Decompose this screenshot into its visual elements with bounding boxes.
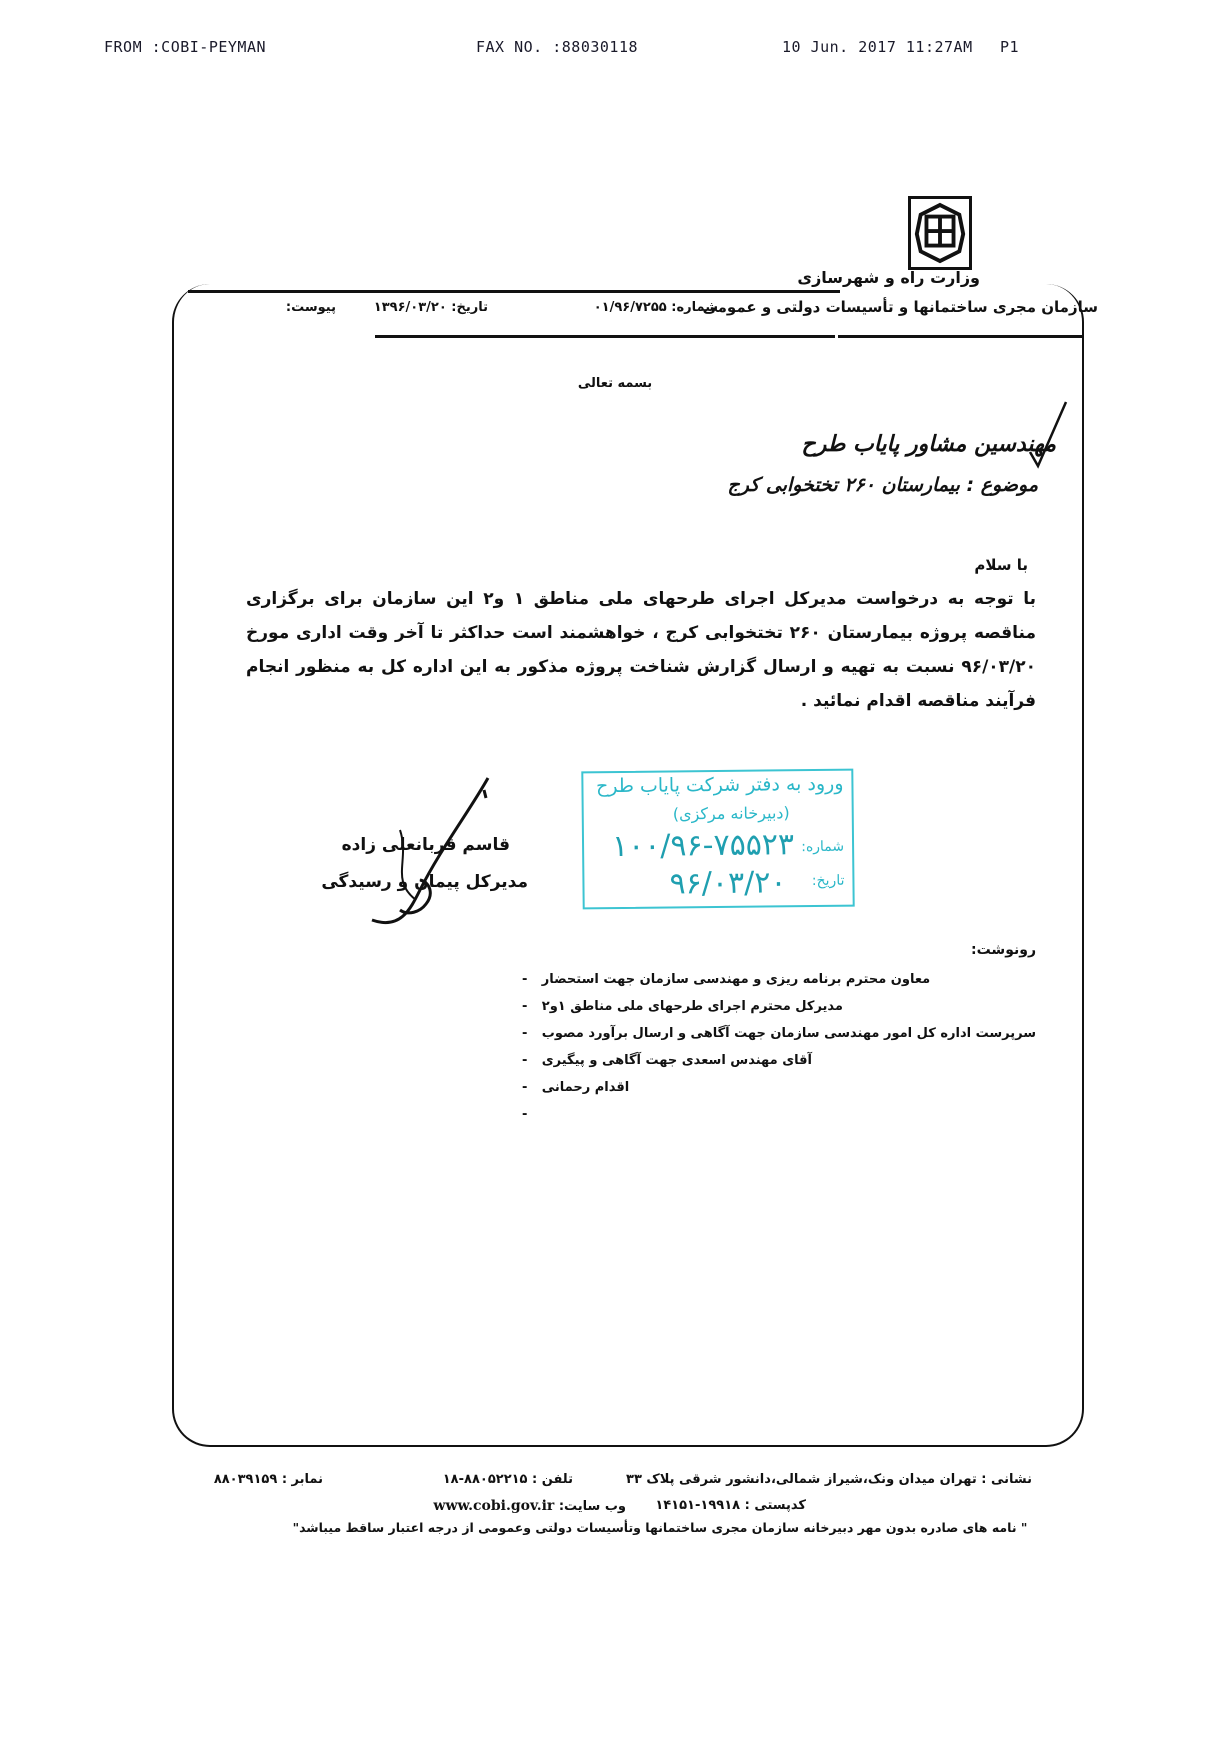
footer-website: وب سایت: www.cobi.gov.ir (433, 1498, 626, 1514)
attachment-label: پیوست: (286, 300, 336, 315)
bismillah: بسمه تعالی (560, 376, 670, 391)
subject: موضوع : بیمارستان ۲۶۰ تختخوابی کرج (727, 474, 1038, 496)
cc-item: -سرپرست اداره کل امور مهندسی سازمان جهت … (508, 1020, 1036, 1047)
footer-phone: تلفن : ۸۸۰۵۲۲۱۵-۱۸ (443, 1472, 573, 1487)
cc-item: -آقای مهندس اسعدی جهت آگاهی و پیگیری (508, 1047, 1036, 1074)
letter-number: شماره: ۰۱/۹۶/۷۲۵۵ (594, 300, 718, 315)
letter-date: تاریخ: ۱۳۹۶/۰۳/۲۰ (374, 300, 488, 315)
cc-item: - (508, 1101, 1036, 1128)
registry-stamp: ورود به دفتر شرکت پایاب طرح (دبیرخانه مر… (581, 769, 854, 910)
cc-item: -مدیرکل محترم اجرای طرحهای ملی مناطق ۱و۲ (508, 993, 1036, 1020)
fax-page: P1 (1000, 38, 1019, 56)
number-value: ۰۱/۹۶/۷۲۵۵ (594, 300, 667, 315)
addressee: مهندسین مشاور پایاب طرح (802, 432, 1056, 457)
footer-address: نشانی : تهران میدان ونک،شیراز شمالی،دانش… (626, 1472, 1032, 1487)
fax-number: FAX NO. :88030118 (476, 38, 638, 56)
meta-rule (375, 335, 835, 338)
cc-title: رونوشت: (971, 942, 1036, 958)
cc-item: -اقدام رحمانی (508, 1074, 1036, 1101)
stamp-title: ورود به دفتر شرکت پایاب طرح (596, 773, 844, 798)
greeting: با سلام (974, 556, 1028, 574)
stamp-number-value: ۱۰۰/۹۶-۷۵۵۲۳ (612, 827, 794, 864)
website-link[interactable]: www.cobi.gov.ir (433, 1498, 554, 1514)
date-value: ۱۳۹۶/۰۳/۲۰ (374, 300, 447, 315)
footer-fax: نمابر : ۸۸۰۳۹۱۵۹ (214, 1472, 323, 1487)
number-label: شماره: (671, 300, 718, 315)
date-label: تاریخ: (451, 300, 488, 315)
stamp-number-label: شماره: (801, 839, 844, 855)
fax-timestamp: 10 Jun. 2017 11:27AM (782, 38, 973, 56)
stamp-subtitle: (دبیرخانه مرکزی) (673, 803, 790, 823)
ministry-emblem-icon (908, 196, 972, 270)
signature-icon (360, 770, 500, 940)
cc-item: -معاون محترم برنامه ریزی و مهندسی سازمان… (508, 966, 1036, 993)
frame-top-right-rule (838, 335, 1084, 338)
footer-notice: " نامه های صادره بدون مهر دبیرخانه سازما… (270, 1520, 1050, 1535)
letter-body: با توجه به درخواست مدیرکل اجرای طرحهای م… (246, 582, 1036, 718)
stamp-date-value: ۹۶/۰۳/۲۰ (669, 865, 786, 901)
cc-list: -معاون محترم برنامه ریزی و مهندسی سازمان… (508, 966, 1036, 1128)
fax-from: FROM :COBI-PEYMAN (104, 38, 266, 56)
footer-postal-code: کدپستی : ۱۹۹۱۸-۱۴۱۵۱ (655, 1498, 806, 1513)
stamp-date-label: تاریخ: (812, 873, 845, 889)
